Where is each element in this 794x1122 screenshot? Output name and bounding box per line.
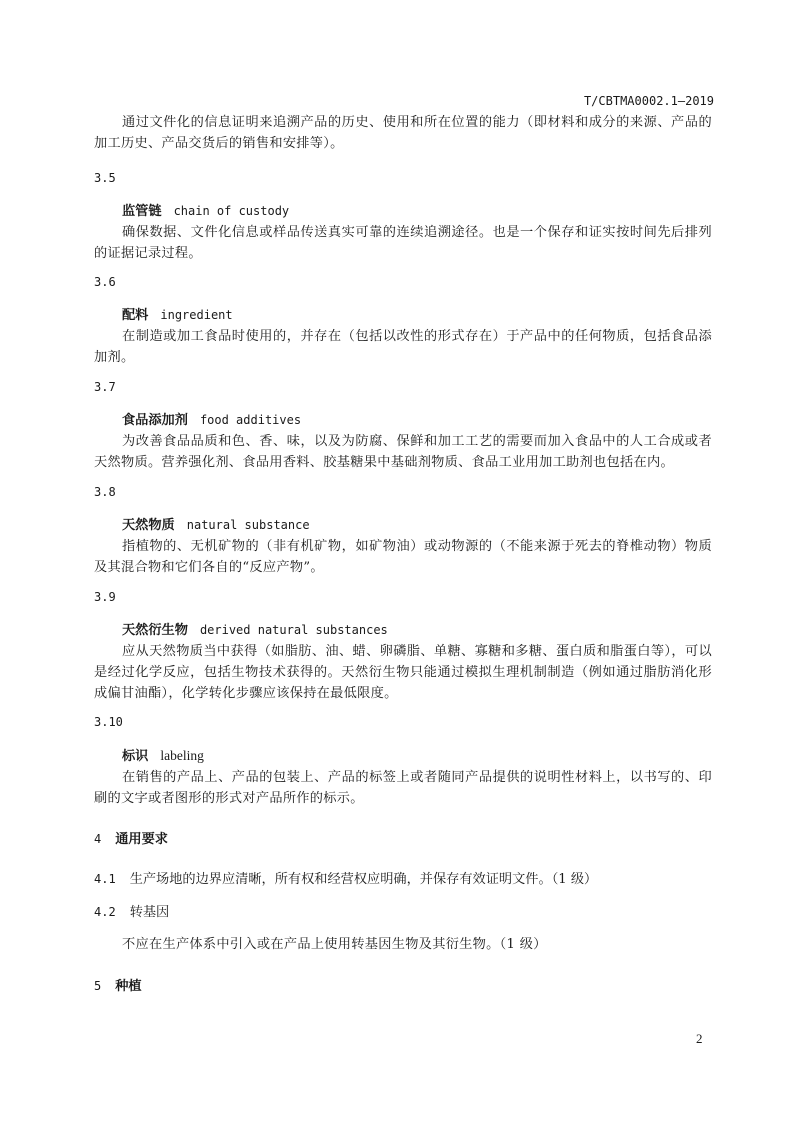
clause-text: 不应在生产体系中引入或在产品上使用转基因生物及其衍生物。（1 级） xyxy=(94,934,712,955)
term-en: ingredient xyxy=(160,308,232,322)
term-number: 3.9 xyxy=(94,589,712,605)
term-3-9: 3.9 天然衍生物derived natural substances 应从天然… xyxy=(94,589,712,704)
section-title: 通用要求 xyxy=(115,832,168,847)
clause-number: 4.1 xyxy=(94,872,116,886)
term-en: food additives xyxy=(200,413,301,427)
term-cn: 配料 xyxy=(122,308,148,323)
document-page: T/CBTMA0002.1—2019 通过文件化的信息证明来追溯产品的历史、使用… xyxy=(0,0,794,1122)
term-en: labeling xyxy=(160,748,204,763)
term-cn: 天然物质 xyxy=(122,518,175,533)
term-number: 3.6 xyxy=(94,274,712,290)
term-cn: 标识 xyxy=(122,749,148,764)
term-3-5: 3.5 监管链chain of custody 确保数据、文件化信息或样品传送真… xyxy=(94,170,712,264)
term-number: 3.10 xyxy=(94,714,712,730)
section-title: 种植 xyxy=(115,979,141,994)
term-3-7: 3.7 食品添加剂food additives 为改善食品品质和色、香、味，以及… xyxy=(94,379,712,473)
term-definition: 确保数据、文件化信息或样品传送真实可靠的连续追溯途径。也是一个保存和证实按时间先… xyxy=(94,222,712,264)
clause-number: 4.2 xyxy=(94,905,116,919)
term-3-8: 3.8 天然物质natural substance 指植物的、无机矿物的（非有机… xyxy=(94,484,712,578)
term-definition: 在制造或加工食品时使用的，并存在（包括以改性的形式存在）于产品中的任何物质，包括… xyxy=(94,326,712,368)
page-number: 2 xyxy=(696,1031,703,1047)
clause-text: 生产场地的边界应清晰，所有权和经营权应明确，并保存有效证明文件。（1 级） xyxy=(130,872,598,887)
term-cn: 食品添加剂 xyxy=(122,413,188,428)
clause-title: 转基因 xyxy=(130,905,170,920)
intro-paragraph-block: 通过文件化的信息证明来追溯产品的历史、使用和所在位置的能力（即材料和成分的来源、… xyxy=(94,112,712,154)
clause-4-1: 4.1生产场地的边界应清晰，所有权和经营权应明确，并保存有效证明文件。（1 级） xyxy=(94,869,712,890)
section-number: 5 xyxy=(94,979,101,993)
term-definition: 应从天然物质当中获得（如脂肪、油、蜡、卵磷脂、单糖、寡糖和多糖、蛋白质和脂蛋白等… xyxy=(94,641,712,704)
term-number: 3.5 xyxy=(94,170,712,186)
term-title: 天然衍生物derived natural substances xyxy=(122,620,712,641)
section-number: 4 xyxy=(94,832,101,846)
term-definition: 指植物的、无机矿物的（非有机矿物，如矿物油）或动物源的（不能来源于死去的脊椎动物… xyxy=(94,536,712,578)
intro-paragraph: 通过文件化的信息证明来追溯产品的历史、使用和所在位置的能力（即材料和成分的来源、… xyxy=(94,112,712,154)
term-title: 标识labeling xyxy=(122,745,712,767)
term-definition: 为改善食品品质和色、香、味，以及为防腐、保鲜和加工工艺的需要而加入食品中的人工合… xyxy=(94,431,712,473)
term-title: 监管链chain of custody xyxy=(122,201,712,222)
section-5-heading: 5种植 xyxy=(94,975,712,994)
term-title: 配料ingredient xyxy=(122,305,712,326)
term-cn: 天然衍生物 xyxy=(122,623,188,638)
clause-4-2: 4.2转基因 不应在生产体系中引入或在产品上使用转基因生物及其衍生物。（1 级） xyxy=(94,902,712,955)
term-cn: 监管链 xyxy=(122,204,162,219)
section-4-heading: 4通用要求 xyxy=(94,828,712,847)
term-en: natural substance xyxy=(187,518,310,532)
term-3-10: 3.10 标识labeling 在销售的产品上、产品的包装上、产品的标签上或者随… xyxy=(94,714,712,809)
document-code-header: T/CBTMA0002.1—2019 xyxy=(584,94,714,108)
term-number: 3.8 xyxy=(94,484,712,500)
term-definition: 在销售的产品上、产品的包装上、产品的标签上或者随同产品提供的说明性材料上，以书写… xyxy=(94,767,712,809)
term-title: 食品添加剂food additives xyxy=(122,410,712,431)
term-en: derived natural substances xyxy=(200,623,388,637)
term-number: 3.7 xyxy=(94,379,712,395)
term-en: chain of custody xyxy=(174,204,290,218)
term-3-6: 3.6 配料ingredient 在制造或加工食品时使用的，并存在（包括以改性的… xyxy=(94,274,712,368)
term-title: 天然物质natural substance xyxy=(122,515,712,536)
